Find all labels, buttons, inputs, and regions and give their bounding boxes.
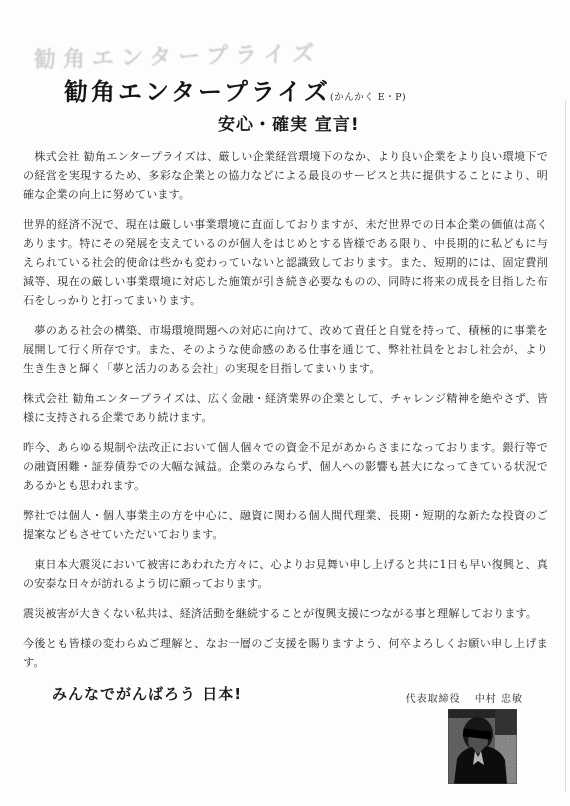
- body-paragraph: 株式会社 勧角エンタープライズは、広く金融・経済業界の企業として、チャレンジ精神…: [23, 389, 548, 427]
- body-paragraph: 昨今、あらゆる規制や法改正において個人個々での資金不足があからさまになっておりま…: [23, 438, 548, 495]
- portrait-photo: [448, 709, 517, 784]
- signature-title: 代表取締役: [406, 694, 461, 705]
- body-paragraph: 弊社では個人・個人事業主の方を中心に、融資に関わる個人間代理業、長期・短期的な新…: [23, 506, 548, 544]
- signature-line: 代表取締役 中村 忠敏: [406, 690, 523, 705]
- body-paragraph: 今後とも皆様の変わらぬご理解と、なお一層のご支援を賜りますよう、何卒よろしくお願…: [23, 634, 548, 672]
- body-paragraph: 世界的経済不況で、現在は厳しい事業環境に直面しておりますが、未だ世界での日本企業…: [23, 215, 548, 310]
- company-title: 勧角エンタープライズ: [64, 72, 331, 107]
- body-paragraph: 夢のある社会の構築、市場環境問題への対応に向けて、改めて責任と自覚を持って、積極…: [23, 321, 548, 378]
- scan-artifact-line: [565, 100, 566, 792]
- signature-name: 中村 忠敏: [475, 694, 523, 705]
- body-paragraph: 東日本大震災において被害にあわれた方々に、心よりお見舞い申し上げると共に1日も早…: [23, 555, 548, 593]
- portrait-photo-image: [448, 709, 517, 784]
- body-paragraph: 株式会社 勧角エンタープライズは、厳しい企業経営環境下のなか、より良い企業をより…: [23, 147, 548, 204]
- letter-body: 株式会社 勧角エンタープライズは、厳しい企業経営環境下のなか、より良い企業をより…: [23, 147, 548, 704]
- body-paragraph: 震災被害が大きくない私共は、経済活動を継続することが復興支援につながる事と理解し…: [23, 604, 548, 623]
- furigana-label: (かんかく E・P): [330, 89, 406, 103]
- ghost-stamp-title: 勧角エンタープライズ: [34, 37, 321, 75]
- scanned-letter-page: 勧角エンタープライズ 勧角エンタープライズ (かんかく E・P) 安心・確実 宣…: [0, 0, 570, 806]
- declaration-heading: 安心・確実 宣言!: [218, 110, 360, 135]
